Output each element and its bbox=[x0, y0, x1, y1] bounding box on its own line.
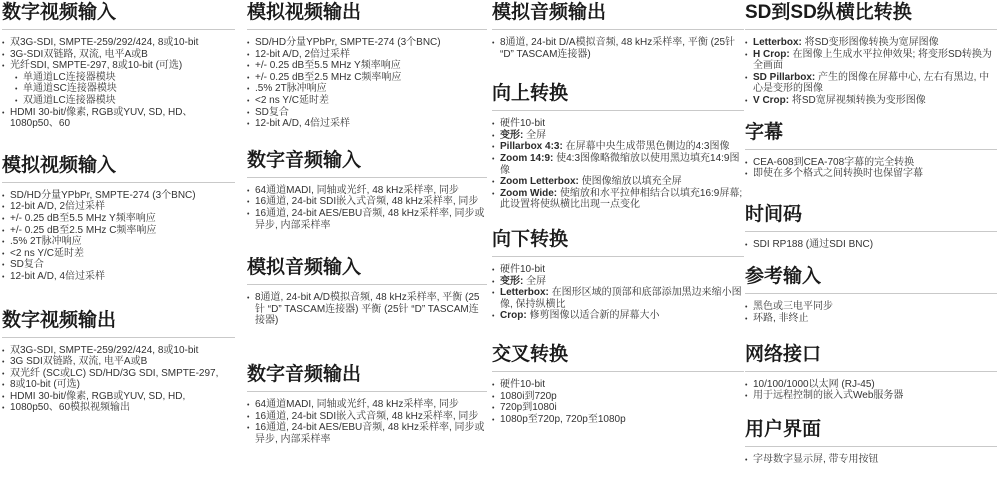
spec-item-list: SDI RP188 (通过SDI BNC) bbox=[745, 239, 997, 251]
spec-item: 16通道, 24-bit SDI嵌入式音频, 48 kHz采样率, 同步 bbox=[247, 196, 487, 208]
spec-item: +/- 0.25 dB至5.5 MHz Y频率响应 bbox=[247, 60, 487, 72]
spec-item-lead: Letterbox: bbox=[500, 287, 549, 298]
spec-item-lead: Zoom 14:9: bbox=[500, 153, 553, 164]
spec-item: 720p到1080i bbox=[492, 402, 744, 414]
spec-item: HDMI 30-bit/像素, RGB或YUV, SD, HD、1080p50、… bbox=[2, 107, 235, 130]
spec-item-lead: Pillarbox 4:3: bbox=[500, 141, 563, 152]
spec-section: 模拟视频输入SD/HD分量YPbPr, SMPTE-274 (3个BNC)12-… bbox=[2, 155, 235, 283]
spec-item: 硬件10-bit bbox=[492, 118, 744, 130]
spec-item-list: CEA-608到CEA-708字幕的完全转换即使在多个格式之间转换时也保留字幕 bbox=[745, 157, 997, 180]
spec-item: 单通道SC连接器模块 bbox=[15, 83, 235, 95]
spec-section: 模拟视频输出SD/HD分量YPbPr, SMPTE-274 (3个BNC)12-… bbox=[247, 2, 487, 130]
spec-item: CEA-608到CEA-708字幕的完全转换 bbox=[745, 157, 997, 169]
spec-item: 单通道LC连接器模块 bbox=[15, 72, 235, 84]
section-title: 交叉转换 bbox=[492, 344, 744, 372]
spec-item: <2 ns Y/C延时差 bbox=[2, 248, 235, 260]
spec-item-lead: Zoom Wide: bbox=[500, 188, 557, 199]
spec-column-1: 数字视频输入双3G-SDI, SMPTE-259/292/424, 8或10-b… bbox=[2, 2, 235, 414]
spec-item: SD复合 bbox=[2, 259, 235, 271]
spec-section: 网络接口10/100/1000以太网 (RJ-45)用于远程控制的嵌入式Web服… bbox=[745, 344, 997, 402]
spec-item-list: 黑色或三电平同步环路, 非终止 bbox=[745, 301, 997, 324]
section-title: 数字视频输入 bbox=[2, 2, 235, 30]
section-title: 数字音频输入 bbox=[247, 150, 487, 178]
section-title: 模拟视频输入 bbox=[2, 155, 235, 183]
spec-item: 12-bit A/D, 4倍过采样 bbox=[2, 271, 235, 283]
section-title: 数字音频输出 bbox=[247, 364, 487, 392]
spec-item: 12-bit A/D, 4倍过采样 bbox=[247, 118, 487, 130]
spec-item: 3G SDI双链路, 双流, 电平A或B bbox=[2, 356, 235, 368]
spec-item-list: 8通道, 24-bit A/D模拟音频, 48 kHz采样率, 平衡 (25针 … bbox=[247, 292, 487, 327]
spec-item-list: 64通道MADI, 同轴或光纤, 48 kHz采样率, 同步16通道, 24-b… bbox=[247, 185, 487, 231]
spec-item: 1080p至720p, 720p至1080p bbox=[492, 414, 744, 426]
spec-section: 模拟音频输入8通道, 24-bit A/D模拟音频, 48 kHz采样率, 平衡… bbox=[247, 257, 487, 327]
spec-item-lead: SD Pillarbox: bbox=[753, 72, 815, 83]
spec-item: 双3G-SDI, SMPTE-259/292/424, 8或10-bit bbox=[2, 345, 235, 357]
spec-item-list: 8通道, 24-bit D/A模拟音频, 48 kHz采样率, 平衡 (25针 … bbox=[492, 37, 744, 60]
spec-item: Pillarbox 4:3: 在屏幕中央生成带黑色侧边的4:3图像 bbox=[492, 141, 744, 153]
spec-section: 参考输入黑色或三电平同步环路, 非终止 bbox=[745, 266, 997, 324]
section-title: 向上转换 bbox=[492, 83, 744, 111]
spec-item: 1080i到720p bbox=[492, 391, 744, 403]
spec-column-3: 模拟音频输出8通道, 24-bit D/A模拟音频, 48 kHz采样率, 平衡… bbox=[492, 2, 744, 425]
spec-item: 双3G-SDI, SMPTE-259/292/424, 8或10-bit bbox=[2, 37, 235, 49]
spec-item-list: Letterbox: 将SD变形图像转换为宽屏图像H Crop: 在图像上生成水… bbox=[745, 37, 997, 107]
spec-item: Zoom Wide: 使缩放和水平拉伸相结合以填充16:9屏幕; 此设置将使纵横… bbox=[492, 188, 744, 211]
spec-item-list: 硬件10-bit1080i到720p720p到1080i1080p至720p, … bbox=[492, 379, 744, 425]
spec-section: 数字视频输出双3G-SDI, SMPTE-259/292/424, 8或10-b… bbox=[2, 310, 235, 415]
section-title: 模拟音频输入 bbox=[247, 257, 487, 285]
spec-item-list: 双3G-SDI, SMPTE-259/292/424, 8或10-bit3G-S… bbox=[2, 37, 235, 130]
spec-item: 1080p50、60模拟视频输出 bbox=[2, 402, 235, 414]
spec-item: 12-bit A/D, 2倍过采样 bbox=[247, 49, 487, 61]
spec-section: 模拟音频输出8通道, 24-bit D/A模拟音频, 48 kHz采样率, 平衡… bbox=[492, 2, 744, 60]
spec-section: 向上转换硬件10-bit变形: 全屏Pillarbox 4:3: 在屏幕中央生成… bbox=[492, 83, 744, 211]
spec-column-4: SD到SD纵横比转换Letterbox: 将SD变形图像转换为宽屏图像H Cro… bbox=[745, 2, 997, 465]
spec-item: 光纤SDI, SMPTE-297, 8或10-bit (可选) bbox=[2, 60, 235, 72]
spec-item: 变形: 全屏 bbox=[492, 130, 744, 142]
spec-section: 数字音频输出64通道MADI, 同轴或光纤, 48 kHz采样率, 同步16通道… bbox=[247, 364, 487, 445]
spec-item: 16通道, 24-bit SDI嵌入式音频, 48 kHz采样率, 同步 bbox=[247, 411, 487, 423]
spec-item-list: 双3G-SDI, SMPTE-259/292/424, 8或10-bit3G S… bbox=[2, 345, 235, 415]
spec-item: 8通道, 24-bit A/D模拟音频, 48 kHz采样率, 平衡 (25针 … bbox=[247, 292, 487, 327]
section-title: 网络接口 bbox=[745, 344, 997, 372]
spec-item: 硬件10-bit bbox=[492, 264, 744, 276]
spec-section: 交叉转换硬件10-bit1080i到720p720p到1080i1080p至72… bbox=[492, 344, 744, 425]
spec-column-2: 模拟视频输出SD/HD分量YPbPr, SMPTE-274 (3个BNC)12-… bbox=[247, 2, 487, 445]
spec-item: 变形: 全屏 bbox=[492, 276, 744, 288]
spec-item-lead: 变形: bbox=[500, 130, 523, 141]
spec-item: 硬件10-bit bbox=[492, 379, 744, 391]
spec-sheet-page: 数字视频输入双3G-SDI, SMPTE-259/292/424, 8或10-b… bbox=[0, 0, 1000, 492]
spec-item: 字母数字显示屏, 带专用按钮 bbox=[745, 454, 997, 466]
spec-item: SD Pillarbox: 产生的图像在屏幕中心, 左右有黑边, 中心是变形的图… bbox=[745, 72, 997, 95]
spec-item: 用于远程控制的嵌入式Web服务器 bbox=[745, 390, 997, 402]
spec-item-list: SD/HD分量YPbPr, SMPTE-274 (3个BNC)12-bit A/… bbox=[247, 37, 487, 130]
spec-item: +/- 0.25 dB至2.5 MHz C频率响应 bbox=[2, 225, 235, 237]
spec-item: Crop: 修剪图像以适合新的屏幕大小 bbox=[492, 310, 744, 322]
spec-item: SD复合 bbox=[247, 107, 487, 119]
spec-item: Letterbox: 在图形区域的顶部和底部添加黑边来缩小图像, 保持纵横比 bbox=[492, 287, 744, 310]
spec-item: +/- 0.25 dB至2.5 MHz C频率响应 bbox=[247, 72, 487, 84]
spec-section: 向下转换硬件10-bit变形: 全屏Letterbox: 在图形区域的顶部和底部… bbox=[492, 229, 744, 322]
section-title: 字幕 bbox=[745, 122, 997, 150]
spec-item-list: 字母数字显示屏, 带专用按钮 bbox=[745, 454, 997, 466]
spec-item-lead: 变形: bbox=[500, 276, 523, 287]
spec-item: .5% 2T脉冲响应 bbox=[247, 83, 487, 95]
spec-item: H Crop: 在图像上生成水平拉伸效果; 将变形SD转换为全画面 bbox=[745, 49, 997, 72]
spec-item-list: 硬件10-bit变形: 全屏Letterbox: 在图形区域的顶部和底部添加黑边… bbox=[492, 264, 744, 322]
spec-item: SD/HD分量YPbPr, SMPTE-274 (3个BNC) bbox=[2, 190, 235, 202]
spec-section: 数字视频输入双3G-SDI, SMPTE-259/292/424, 8或10-b… bbox=[2, 2, 235, 130]
spec-item-lead: V Crop: bbox=[753, 95, 789, 106]
spec-item: V Crop: 将SD宽屏视频转换为变形图像 bbox=[745, 95, 997, 107]
spec-item: .5% 2T脉冲响应 bbox=[2, 236, 235, 248]
spec-item-list: 硬件10-bit变形: 全屏Pillarbox 4:3: 在屏幕中央生成带黑色侧… bbox=[492, 118, 744, 211]
spec-item-lead: H Crop: bbox=[753, 49, 790, 60]
spec-item: +/- 0.25 dB至5.5 MHz Y频率响应 bbox=[2, 213, 235, 225]
spec-item: 64通道MADI, 同轴或光纤, 48 kHz采样率, 同步 bbox=[247, 399, 487, 411]
spec-item: Zoom 14:9: 使4:3图像略微缩放以使用黑边填充14:9图像 bbox=[492, 153, 744, 176]
spec-item-list: 10/100/1000以太网 (RJ-45)用于远程控制的嵌入式Web服务器 bbox=[745, 379, 997, 402]
spec-item-lead: Crop: bbox=[500, 310, 527, 321]
spec-item: Zoom Letterbox: 使图像缩放以填充全屏 bbox=[492, 176, 744, 188]
section-title: 数字视频输出 bbox=[2, 310, 235, 338]
spec-item: 16通道, 24-bit AES/EBU音频, 48 kHz采样率, 同步或异步… bbox=[247, 422, 487, 445]
spec-item: 黑色或三电平同步 bbox=[745, 301, 997, 313]
spec-item: 即使在多个格式之间转换时也保留字幕 bbox=[745, 168, 997, 180]
spec-item: 8通道, 24-bit D/A模拟音频, 48 kHz采样率, 平衡 (25针 … bbox=[492, 37, 744, 60]
section-title: SD到SD纵横比转换 bbox=[745, 2, 997, 30]
section-title: 向下转换 bbox=[492, 229, 744, 257]
section-title: 模拟视频输出 bbox=[247, 2, 487, 30]
spec-item: 8或10-bit (可选) bbox=[2, 379, 235, 391]
spec-section: 用户界面字母数字显示屏, 带专用按钮 bbox=[745, 419, 997, 466]
spec-section: 时间码SDI RP188 (通过SDI BNC) bbox=[745, 204, 997, 251]
spec-section: SD到SD纵横比转换Letterbox: 将SD变形图像转换为宽屏图像H Cro… bbox=[745, 2, 997, 107]
spec-item-lead: Zoom Letterbox: bbox=[500, 176, 579, 187]
spec-item: Letterbox: 将SD变形图像转换为宽屏图像 bbox=[745, 37, 997, 49]
spec-item: <2 ns Y/C延时差 bbox=[247, 95, 487, 107]
spec-item: 环路, 非终止 bbox=[745, 313, 997, 325]
spec-item: 10/100/1000以太网 (RJ-45) bbox=[745, 379, 997, 391]
spec-item: 12-bit A/D, 2倍过采样 bbox=[2, 201, 235, 213]
section-title: 模拟音频输出 bbox=[492, 2, 744, 30]
section-title: 参考输入 bbox=[745, 266, 997, 294]
spec-item: SD/HD分量YPbPr, SMPTE-274 (3个BNC) bbox=[247, 37, 487, 49]
spec-item-list: SD/HD分量YPbPr, SMPTE-274 (3个BNC)12-bit A/… bbox=[2, 190, 235, 283]
spec-section: 数字音频输入64通道MADI, 同轴或光纤, 48 kHz采样率, 同步16通道… bbox=[247, 150, 487, 231]
spec-item: 双通道LC连接器模块 bbox=[15, 95, 235, 107]
spec-item-lead: Letterbox: bbox=[753, 37, 802, 48]
section-title: 用户界面 bbox=[745, 419, 997, 447]
spec-item: 双光纤 (SC或LC) SD/HD/3G SDI, SMPTE-297, bbox=[2, 368, 235, 380]
spec-item-list: 64通道MADI, 同轴或光纤, 48 kHz采样率, 同步16通道, 24-b… bbox=[247, 399, 487, 445]
spec-item: SDI RP188 (通过SDI BNC) bbox=[745, 239, 997, 251]
spec-section: 字幕CEA-608到CEA-708字幕的完全转换即使在多个格式之间转换时也保留字… bbox=[745, 122, 997, 180]
spec-item: 3G-SDI双链路, 双流, 电平A或B bbox=[2, 49, 235, 61]
spec-item: HDMI 30-bit/像素, RGB或YUV, SD, HD, bbox=[2, 391, 235, 403]
section-title: 时间码 bbox=[745, 204, 997, 232]
spec-item: 16通道, 24-bit AES/EBU音频, 48 kHz采样率, 同步或异步… bbox=[247, 208, 487, 231]
spec-item: 64通道MADI, 同轴或光纤, 48 kHz采样率, 同步 bbox=[247, 185, 487, 197]
